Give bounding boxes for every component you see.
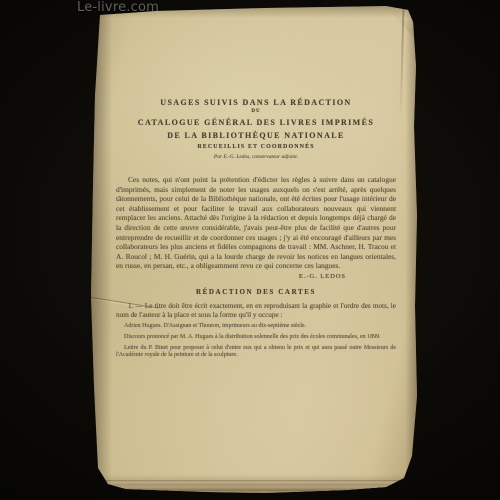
intro-paragraph: Ces notes, qui n'ont point la prétention… [116,175,396,271]
printed-text-block: USAGES SUIVIS DANS LA RÉDACTION DU CATAL… [116,98,396,360]
document-title-line: USAGES SUIVIS DANS LA RÉDACTION [116,98,396,107]
document-title-line: CATALOGUE GÉNÉRAL DES LIVRES IMPRIMÉS [116,118,396,127]
product-photo: Le-livre.com USAGES SUIVIS DANS LA RÉDAC… [0,0,500,500]
catalog-example: Discours prononcé par M. A. Hugues à la … [116,334,396,342]
document-byline: Par E.-G. Ledos, conservateur adjoint. [116,154,396,161]
article-1: 1. — Le titre doit être écrit exactement… [116,302,396,320]
catalog-example: Lettre du P. Binet pour proposer à celui… [116,345,396,360]
underlying-page-edges [102,480,406,491]
document-title-line: DE LA BIBLIOTHÈQUE NATIONALE [116,131,396,140]
author-signature: E.-G. LEDOS [116,273,396,280]
document-page: USAGES SUIVIS DANS LA RÉDACTION DU CATAL… [86,6,418,494]
document-title-line: RECUEILLIS ET COORDONNÉS [116,144,396,151]
section-heading: RÉDACTION DES CARTES [116,288,396,296]
catalog-example: Adrien Hugues. D'Assignan et Thouron, im… [116,323,396,331]
document-title-line: DU [116,109,396,115]
fold-line [400,9,405,121]
